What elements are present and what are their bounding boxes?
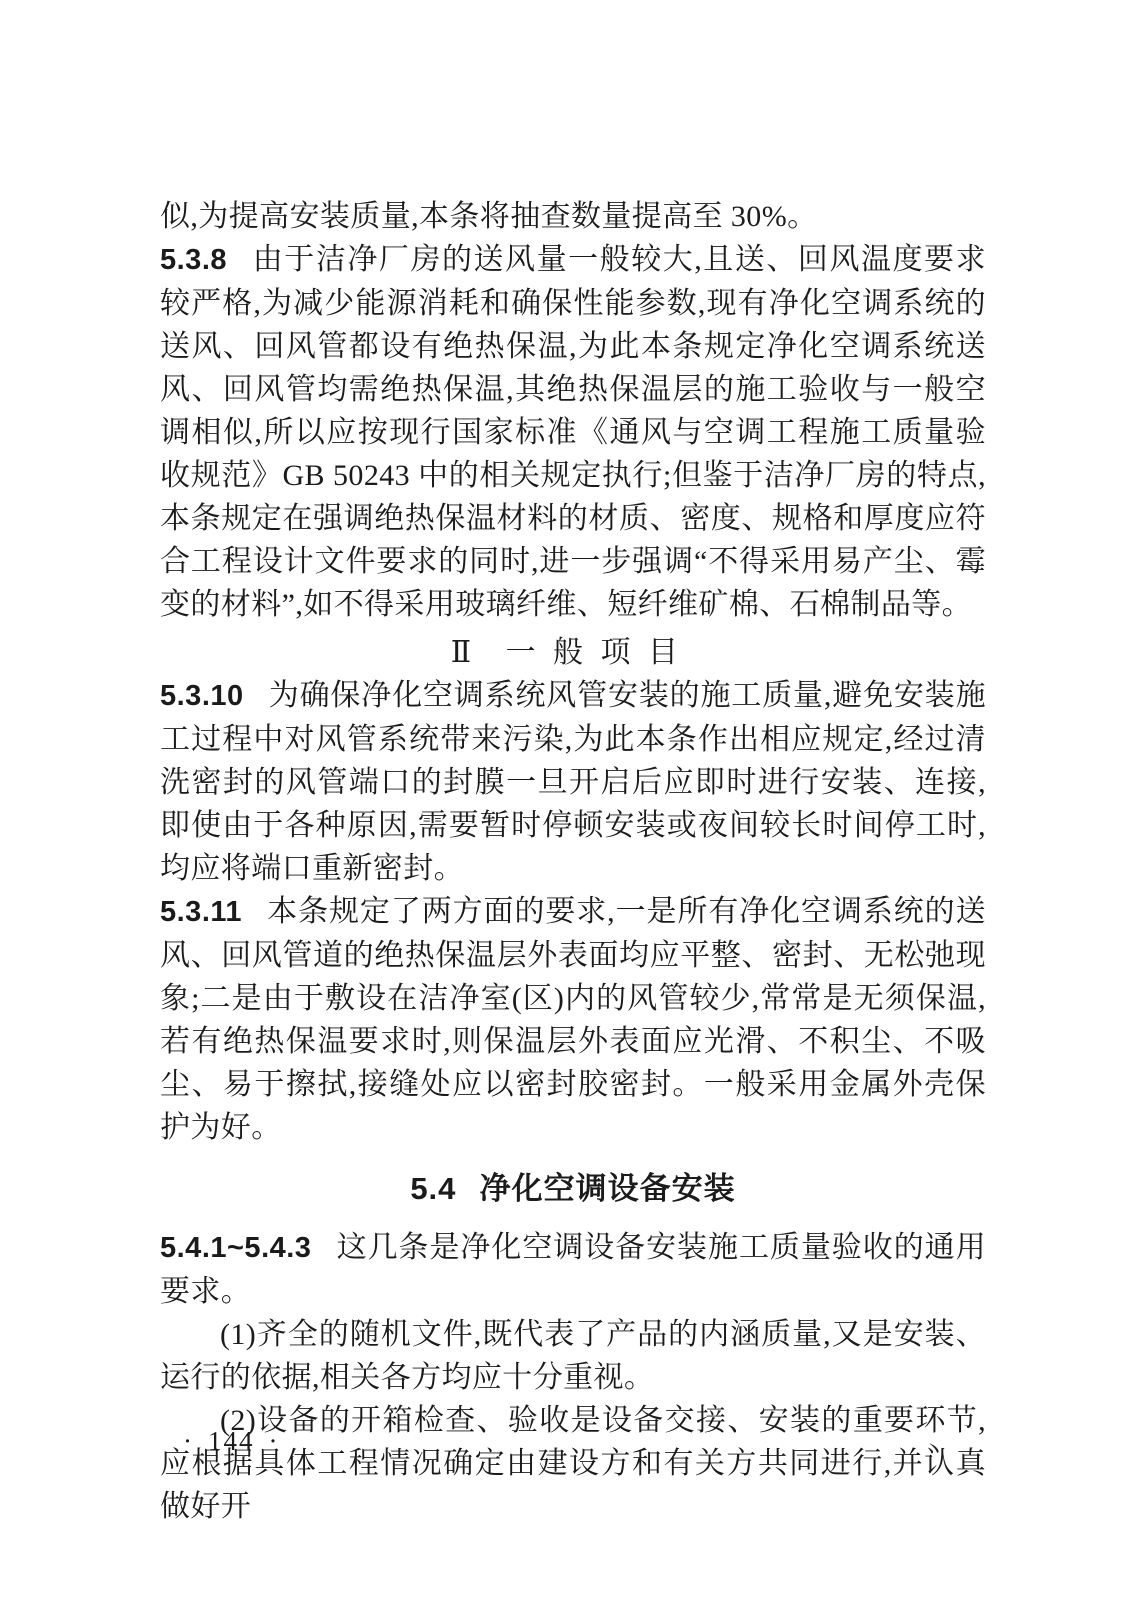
document-page: 似,为提高安装质量,本条将抽查数量提高至 30%。 5.3.8由于洁净厂房的送风… [0, 0, 1142, 1600]
section-heading-5-4: 5.4净化空调设备安装 [160, 1167, 986, 1210]
footer-dot-right: · [269, 1424, 280, 1458]
subsection-title: 一般项目 [506, 636, 696, 669]
clause-5-4-1-to-5-4-3: 5.4.1~5.4.3这几条是净化空调设备安装施工质量验收的通用要求。 [160, 1226, 986, 1313]
clause-number-5-4-1-to-5-4-3: 5.4.1~5.4.3 [160, 1232, 311, 1264]
stray-ink-mark: 丶 [922, 1430, 946, 1465]
clause-text-5-3-10: 为确保净化空调系统风管安装的施工质量,避免安装施工过程中对风管系统带来污染,为此… [160, 679, 986, 885]
clause-number-5-3-11: 5.3.11 [160, 896, 242, 928]
page-number: 144 [208, 1424, 255, 1458]
text-block: 似,为提高安装质量,本条将抽查数量提高至 30%。 5.3.8由于洁净厂房的送风… [160, 195, 986, 1528]
clause-number-5-3-10: 5.3.10 [160, 680, 244, 712]
clause-text-5-3-11: 本条规定了两方面的要求,一是所有净化空调系统的送风、回风管道的绝热保温层外表面均… [160, 895, 986, 1144]
section-number: 5.4 [410, 1171, 456, 1206]
clause-5-3-11: 5.3.11本条规定了两方面的要求,一是所有净化空调系统的送风、回风管道的绝热保… [160, 890, 986, 1149]
list-item-1: (1)齐全的随机文件,既代表了产品的内涵质量,又是安装、运行的依据,相关各方均应… [160, 1313, 986, 1399]
clause-number-5-3-8: 5.3.8 [160, 244, 227, 276]
clause-5-3-10: 5.3.10为确保净化空调系统风管安装的施工质量,避免安装施工过程中对风管系统带… [160, 674, 986, 890]
roman-numeral-ii: Ⅱ [451, 636, 471, 669]
clause-text-5-3-8: 由于洁净厂房的送风量一般较大,且送、回风温度要求较严格,为减少能源消耗和确保性能… [160, 243, 986, 621]
subsection-heading-general-items: Ⅱ一般项目 [160, 631, 986, 674]
section-title: 净化空调设备安装 [480, 1171, 736, 1206]
footer-dot-left: · [183, 1424, 194, 1458]
page-footer: · 144 · [183, 1424, 280, 1458]
paragraph-continuation: 似,为提高安装质量,本条将抽查数量提高至 30%。 [160, 195, 986, 238]
clause-5-3-8: 5.3.8由于洁净厂房的送风量一般较大,且送、回风温度要求较严格,为减少能源消耗… [160, 238, 986, 626]
list-item-2: (2)设备的开箱检查、验收是设备交接、安装的重要环节,应根据具体工程情况确定由建… [160, 1399, 986, 1528]
